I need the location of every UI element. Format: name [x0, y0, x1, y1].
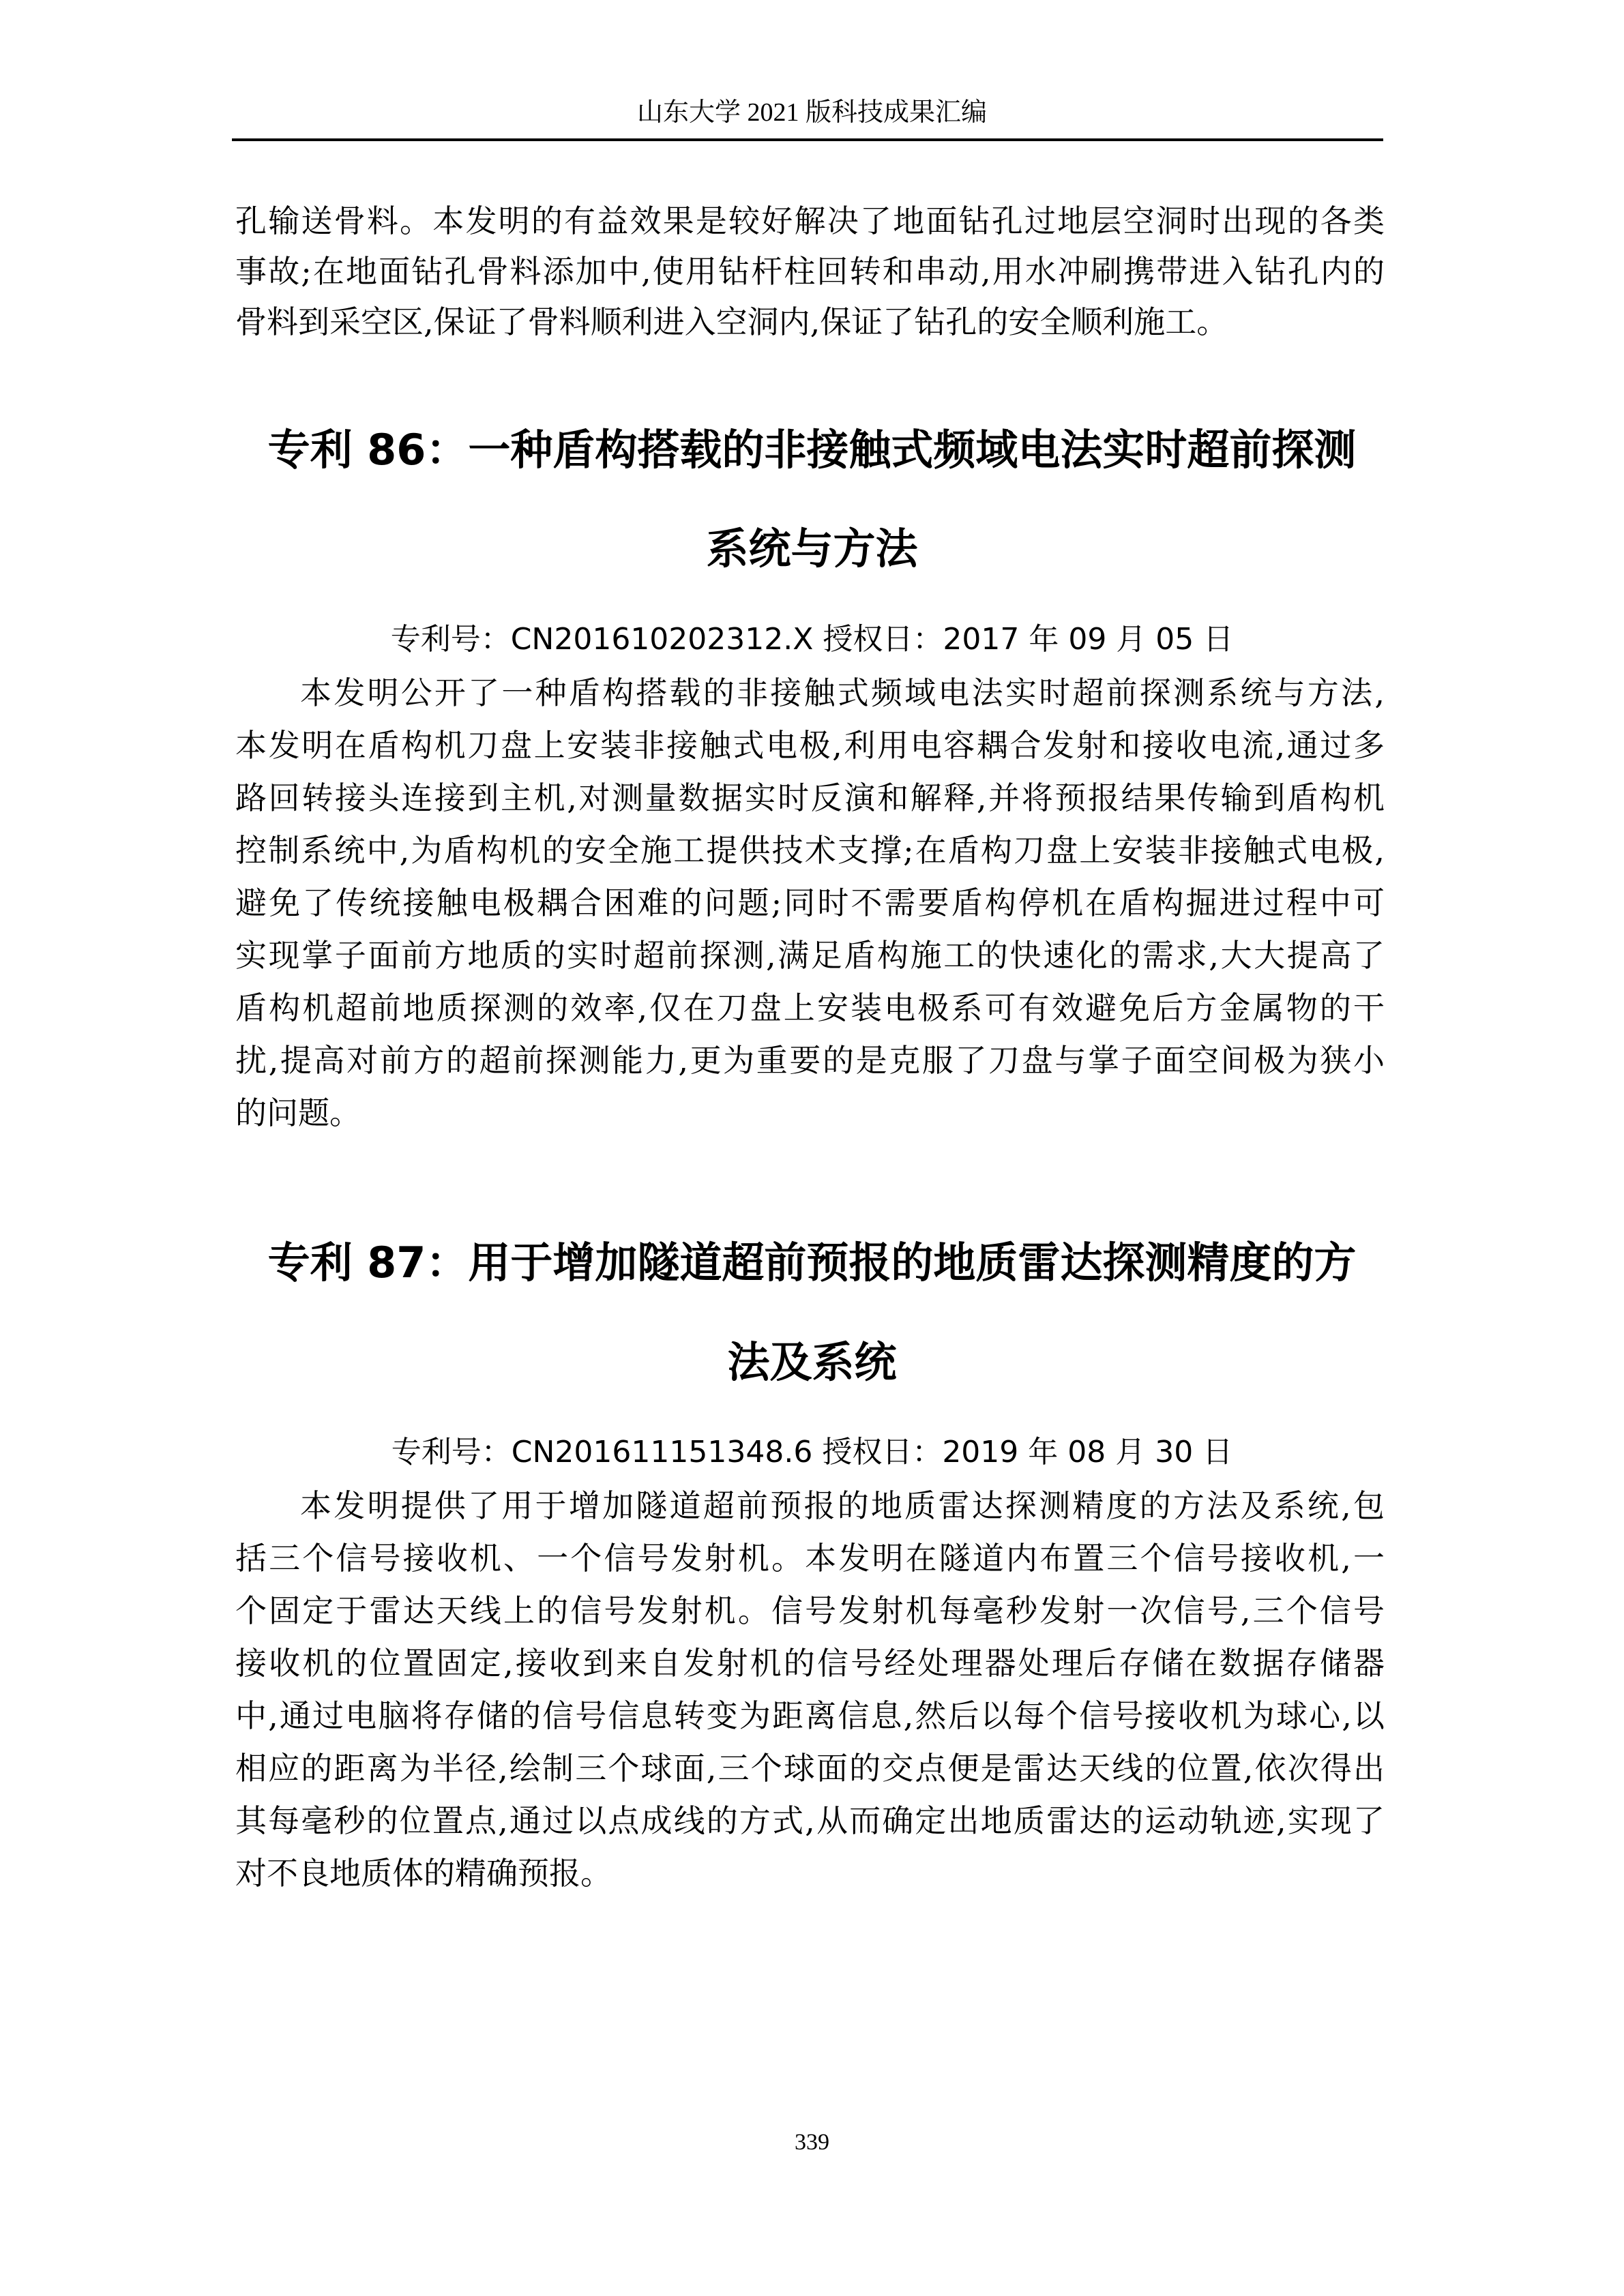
patent-86-body-line: 实现掌子面前方地质的实时超前探测,满足盾构施工的快速化的需求,大大提高了 [235, 935, 1385, 976]
patent-86-body-line: 盾构机超前地质探测的效率,仅在刀盘上安装电极系可有效避免后方金属物的干 [235, 987, 1385, 1028]
patent-86-body-line: 本发明公开了一种盾构搭载的非接触式频域电法实时超前探测系统与方法, [300, 672, 1385, 713]
patent-87-title-line1: 专利 87：用于增加隧道超前预报的地质雷达探测精度的方 [0, 1236, 1624, 1290]
patent-86-title-line1: 专利 86：一种盾构搭载的非接触式频域电法实时超前探测 [0, 423, 1624, 477]
patent-87-body-line: 接收机的位置固定,接收到来自发射机的信号经处理器处理后存储在数据存储器 [235, 1643, 1385, 1684]
patent-86-body-line: 路回转接头连接到主机,对测量数据实时反演和解释,并将预报结果传输到盾构机 [235, 777, 1385, 818]
patent-87-body-line: 相应的距离为半径,绘制三个球面,三个球面的交点便是雷达天线的位置,依次得出 [235, 1748, 1385, 1789]
patent-87-meta: 专利号：CN201611151348.6 授权日：2019 年 08 月 30 … [0, 1432, 1624, 1473]
patent-87-body-line: 括三个信号接收机、一个信号发射机。本发明在隧道内布置三个信号接收机,一 [235, 1538, 1385, 1579]
body-line: 骨料到采空区,保证了骨料顺利进入空洞内,保证了钻孔的安全顺利施工。 [235, 301, 1385, 342]
patent-86-body-line: 本发明在盾构机刀盘上安装非接触式电极,利用电容耦合发射和接收电流,通过多 [235, 725, 1385, 766]
patent-86-title-line2: 系统与方法 [0, 522, 1624, 576]
patent-87-title-line2: 法及系统 [0, 1335, 1624, 1390]
patent-87-body-line: 其每毫秒的位置点,通过以点成线的方式,从而确定出地质雷达的运动轨迹,实现了 [235, 1800, 1385, 1841]
running-header-title: 山东大学 2021 版科技成果汇编 [0, 95, 1624, 130]
body-line: 事故;在地面钻孔骨料添加中,使用钻杆柱回转和串动,用水冲刷携带进入钻孔内的 [235, 251, 1385, 292]
patent-86-body-line: 扰,提高对前方的超前探测能力,更为重要的是克服了刀盘与掌子面空间极为狭小 [235, 1040, 1385, 1081]
patent-87-body-line: 中,通过电脑将存储的信号信息转变为距离信息,然后以每个信号接收机为球心,以 [235, 1695, 1385, 1736]
patent-86-body-line: 的问题。 [235, 1092, 1385, 1133]
patent-87-body-line: 对不良地质体的精确预报。 [235, 1853, 1385, 1894]
patent-87-body-line: 本发明提供了用于增加隧道超前预报的地质雷达探测精度的方法及系统,包 [300, 1485, 1385, 1526]
patent-86-body-line: 控制系统中,为盾构机的安全施工提供技术支撑;在盾构刀盘上安装非接触式电极, [235, 830, 1385, 871]
page-number: 339 [0, 2128, 1624, 2158]
patent-86-body-line: 避免了传统接触电极耦合困难的问题;同时不需要盾构停机在盾构掘进过程中可 [235, 882, 1385, 923]
document-page: 山东大学 2021 版科技成果汇编 孔输送骨料。本发明的有益效果是较好解决了地面… [0, 0, 1624, 2296]
header-divider [232, 138, 1383, 141]
body-line: 孔输送骨料。本发明的有益效果是较好解决了地面钻孔过地层空洞时出现的各类 [235, 200, 1385, 241]
patent-86-meta: 专利号：CN201610202312.X 授权日：2017 年 09 月 05 … [0, 619, 1624, 660]
patent-87-body-line: 个固定于雷达天线上的信号发射机。信号发射机每毫秒发射一次信号,三个信号 [235, 1590, 1385, 1631]
